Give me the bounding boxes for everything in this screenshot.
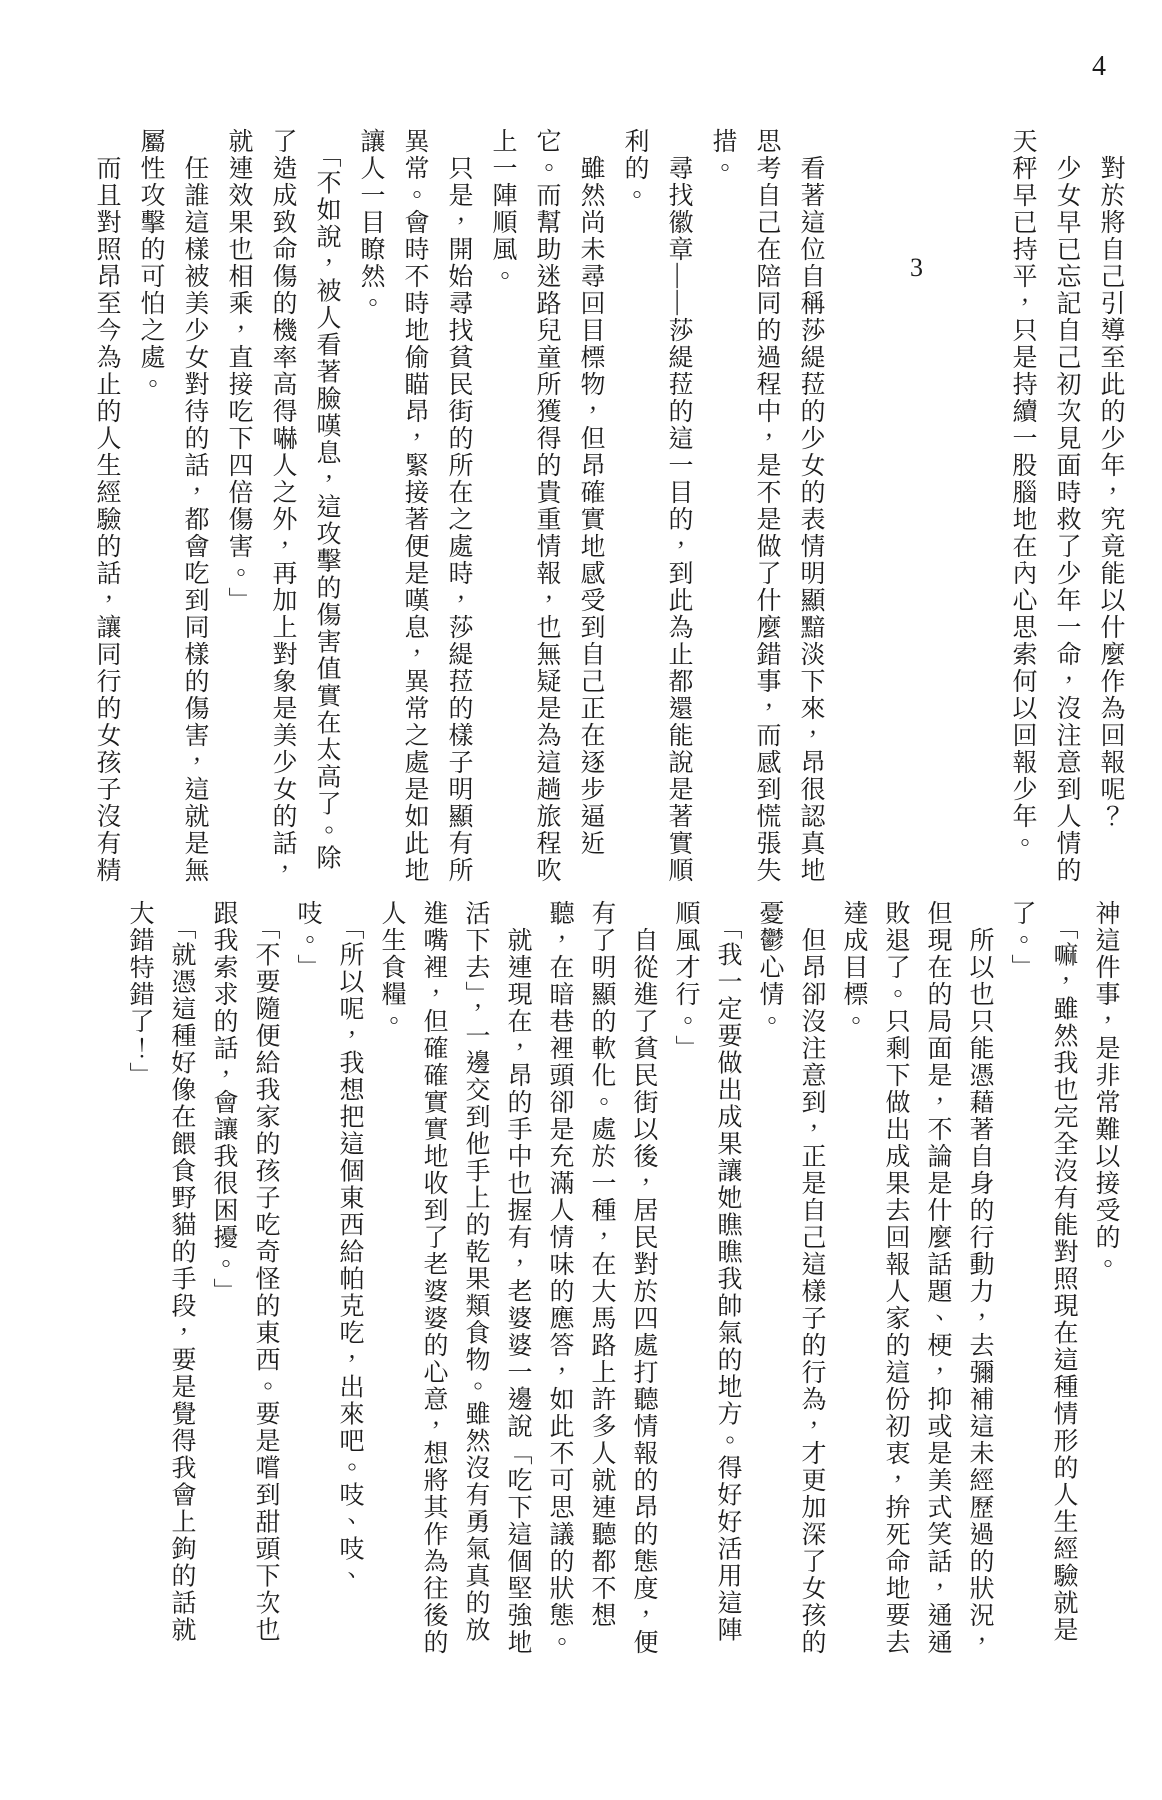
bottom-text-block: 神這件事，是非常難以接受的。 「嘛，雖然我也完全沒有能對照現在這種情形的人生經驗… [118,900,1126,1658]
text-column: 達成目標。 [832,900,874,1658]
text-column: 它。而幫助迷路兒童所獲得的貴重情報，也無疑是為這趟旅程吹 [524,128,568,886]
text-column: 就連現在，昂的手中也握有，老婆婆一邊說「吃下這個堅強地 [496,900,538,1658]
text-column: 但現在的局面是，不論是什麼話題、梗，抑或是美式笑話，通通 [916,900,958,1658]
text-column: 憂鬱心情。 [748,900,790,1658]
text-column: 就連效果也相乘，直接吃下四倍傷害。」 [216,128,260,886]
text-column: 思考自己在陪同的過程中，是不是做了什麼錯事，而感到慌張失 [744,128,788,886]
text-column: 天秤早已持平，只是持續一股腦地在內心思索何以回報少年。 [1000,128,1044,886]
text-column: 「不要隨便給我家的孩子吃奇怪的東西。要是嚐到甜頭下次也 [244,900,286,1658]
section-number: 3 [894,128,938,886]
text-column: 對於將自己引導至此的少年，究竟能以什麼作為回報呢？ [1088,128,1132,886]
text-column: 任誰這樣被美少女對待的話，都會吃到同樣的傷害，這就是無 [172,128,216,886]
text-column: 上一陣順風。 [480,128,524,886]
text-column: 有了明顯的軟化。處於一種，在大馬路上許多人就連聽都不想 [580,900,622,1658]
top-text-block: 對於將自己引導至此的少年，究竟能以什麼作為回報呢？ 少女早已忘記自己初次見面時救… [84,128,1132,886]
text-column: 尋找徽章——莎緹菈的這一目的，到此為止都還能說是著實順 [656,128,700,886]
text-column: 雖然尚未尋回目標物，但昂確實地感受到自己正在逐步逼近 [568,128,612,886]
text-column: 活下去」，一邊交到他手上的乾果類食物。雖然沒有勇氣真的放 [454,900,496,1658]
text-column: 所以也只能憑藉著自身的行動力，去彌補這未經歷過的狀況， [958,900,1000,1658]
text-column: 順風才行。」 [664,900,706,1658]
text-column: 讓人一目瞭然。 [348,128,392,886]
text-column: 「不如說，被人看著臉嘆息，這攻擊的傷害值實在太高了。除 [304,128,348,886]
text-column: 敗退了。只剩下做出成果去回報人家的這份初衷，拚死命地要去 [874,900,916,1658]
text-column: 只是，開始尋找貧民街的所在之處時，莎緹菈的樣子明顯有所 [436,128,480,886]
text-column: 了造成致命傷的機率高得嚇人之外，再加上對象是美少女的話， [260,128,304,886]
text-column: 「我一定要做出成果讓她瞧瞧我帥氣的地方。得好好活用這陣 [706,900,748,1658]
text-column: 少女早已忘記自己初次見面時救了少年一命，沒注意到人情的 [1044,128,1088,886]
text-column: 屬性攻擊的可怕之處。 [128,128,172,886]
text-column: 措。 [700,128,744,886]
page-number: 4 [1092,52,1106,82]
scanned-book-page: { "page": { "background_color": "#ffffff… [0,0,1162,1800]
text-column: 「就憑這種好像在餵食野貓的手段，要是覺得我會上鉤的話就 [160,900,202,1658]
text-column: 進嘴裡，但確確實實地收到了老婆婆的心意，想將其作為往後的 [412,900,454,1658]
text-column: 異常。會時不時地偷瞄昂，緊接著便是嘆息，異常之處是如此地 [392,128,436,886]
text-column: 人生食糧。 [370,900,412,1658]
text-column: 但昂卻沒注意到，正是自己這樣子的行為，才更加深了女孩的 [790,900,832,1658]
text-column: 「所以呢，我想把這個東西給帕克吃，出來吧。吱、吱、 [328,900,370,1658]
text-column: 聽，在暗巷裡頭卻是充滿人情味的應答，如此不可思議的狀態。 [538,900,580,1658]
text-column: 看著這位自稱莎緹菈的少女的表情明顯黯淡下來，昂很認真地 [788,128,832,886]
text-column: 利的。 [612,128,656,886]
text-column: 跟我索求的話，會讓我很困擾。」 [202,900,244,1658]
text-column: 神這件事，是非常難以接受的。 [1084,900,1126,1658]
text-column: 而且對照昂至今為止的人生經驗的話，讓同行的女孩子沒有精 [84,128,128,886]
text-column: 吱。」 [286,900,328,1658]
text-column: 自從進了貧民街以後，居民對於四處打聽情報的昂的態度，便 [622,900,664,1658]
text-column: 「嘛，雖然我也完全沒有能對照現在這種情形的人生經驗就是 [1042,900,1084,1658]
text-column: 大錯特錯了！」 [118,900,160,1658]
text-column: 了。」 [1000,900,1042,1658]
